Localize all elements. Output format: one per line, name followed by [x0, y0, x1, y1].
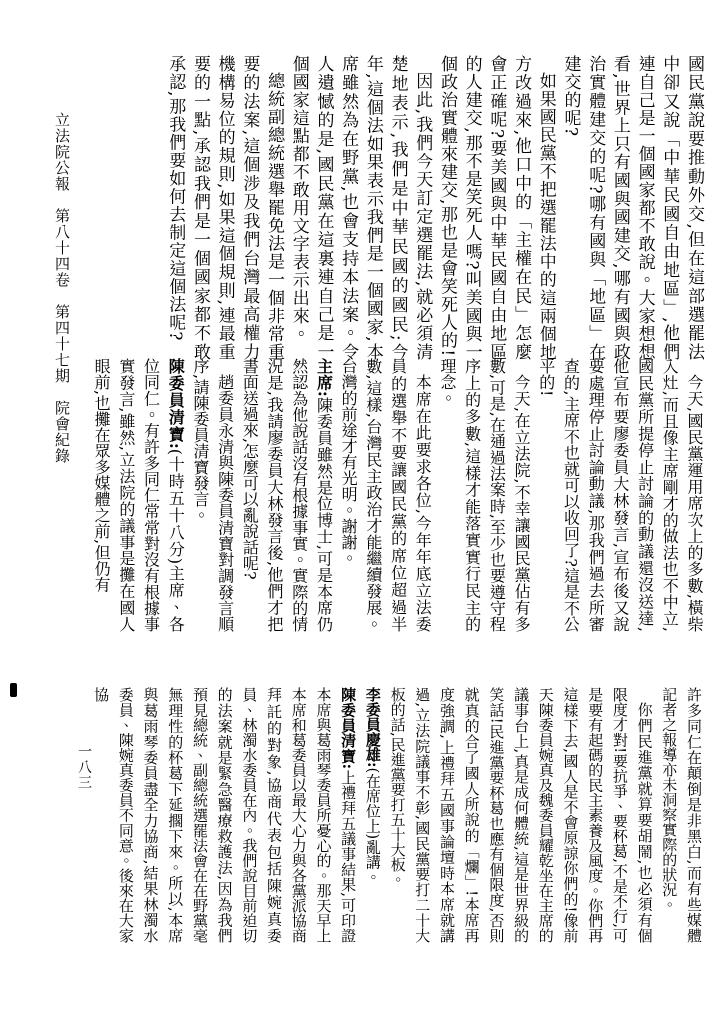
speaker-name: 陳委員清寶:: [339, 687, 357, 769]
paragraph: 因此,我們今天訂定選罷法,就必須清楚地表示,我們是中華民國的國民;今年,這個法如…: [286, 55, 434, 361]
ink-smudge: [10, 683, 17, 697]
paragraph: 今天,國民黨運用席次上的多數,橫柴入灶,而且像主席剛才的做法也不中立,國民黨所提…: [533, 358, 706, 632]
speaker-name: 主席:: [314, 358, 333, 397]
paragraph: 本席在此要求各位,今年年底立法委員的選舉不要讓國民黨的席位超過半數,這樣,台灣民…: [335, 358, 434, 632]
paragraph: 趙委員永清與陳委員清寶對調發言順序,請陳委員清寶發言。: [187, 358, 236, 632]
journal-title: 立法院公報 第八十四卷 第四十七期 院會紀錄: [52, 112, 73, 482]
paragraph: 今天,在立法院,不幸讓國民黨佔有多數,可是,在通過法案時,至少也要遵守程序上的多…: [434, 358, 533, 632]
text-band-bottom: 許多同仁在顛倒是非黑白,而有些媒體記者之報導亦未洞察實際的狀況。你們民進黨就算要…: [88, 687, 706, 943]
paragraph: 主席:陳委員雖然是位博士,可是本席仍然認為他說話沒有根據事實。實際的情況是,我請…: [237, 358, 336, 632]
gazette-page: { "margin": { "journal_title": "立法院公報 第八…: [0, 0, 726, 1024]
paragraph: 國民黨說要推動外交,但在這部選罷法中卻又說「中華民國自由地區」,他們連自己是一個…: [558, 55, 706, 361]
paragraph: 陳委員清寶:(十時五十八分)主席、各位同仁。有許多同仁常常對沒有根據事實發言,雖…: [88, 358, 187, 632]
paragraph: 你們民進黨就算要胡鬧,也必須有個限度才對!要抗爭、要杯葛,不是不行,可是要有起碼…: [385, 687, 657, 943]
paragraph: 李委員慶雄:(在席位上)亂講。: [360, 687, 385, 943]
paragraph: 如果國民黨不把選罷法中的這兩個地方改過來,他口中的「主權在民」怎麼會正確呢?要美…: [434, 55, 558, 361]
paragraph: 總統副總統選舉罷免法是一個非常重要的法案,這個涉及我們台灣最高權力機構易位的規則…: [163, 55, 287, 361]
speaker-name: 李委員慶雄:: [364, 687, 382, 768]
speaker-name: 陳委員清寶:: [166, 358, 185, 449]
text-band-middle: 今天,國民黨運用席次上的多數,橫柴入灶,而且像主席剛才的做法也不中立,國民黨所提…: [88, 358, 706, 632]
paragraph: 許多同仁在顛倒是非黑白,而有些媒體記者之報導亦未洞察實際的狀況。: [657, 687, 706, 943]
paragraph: 陳委員清寶:上禮拜五議事結果,可印證本席與葛雨琴委員所憂心的。那天早上本席和葛委…: [88, 687, 360, 943]
text-band-top: 國民黨說要推動外交,但在這部選罷法中卻又說「中華民國自由地區」,他們連自己是一個…: [163, 55, 706, 361]
